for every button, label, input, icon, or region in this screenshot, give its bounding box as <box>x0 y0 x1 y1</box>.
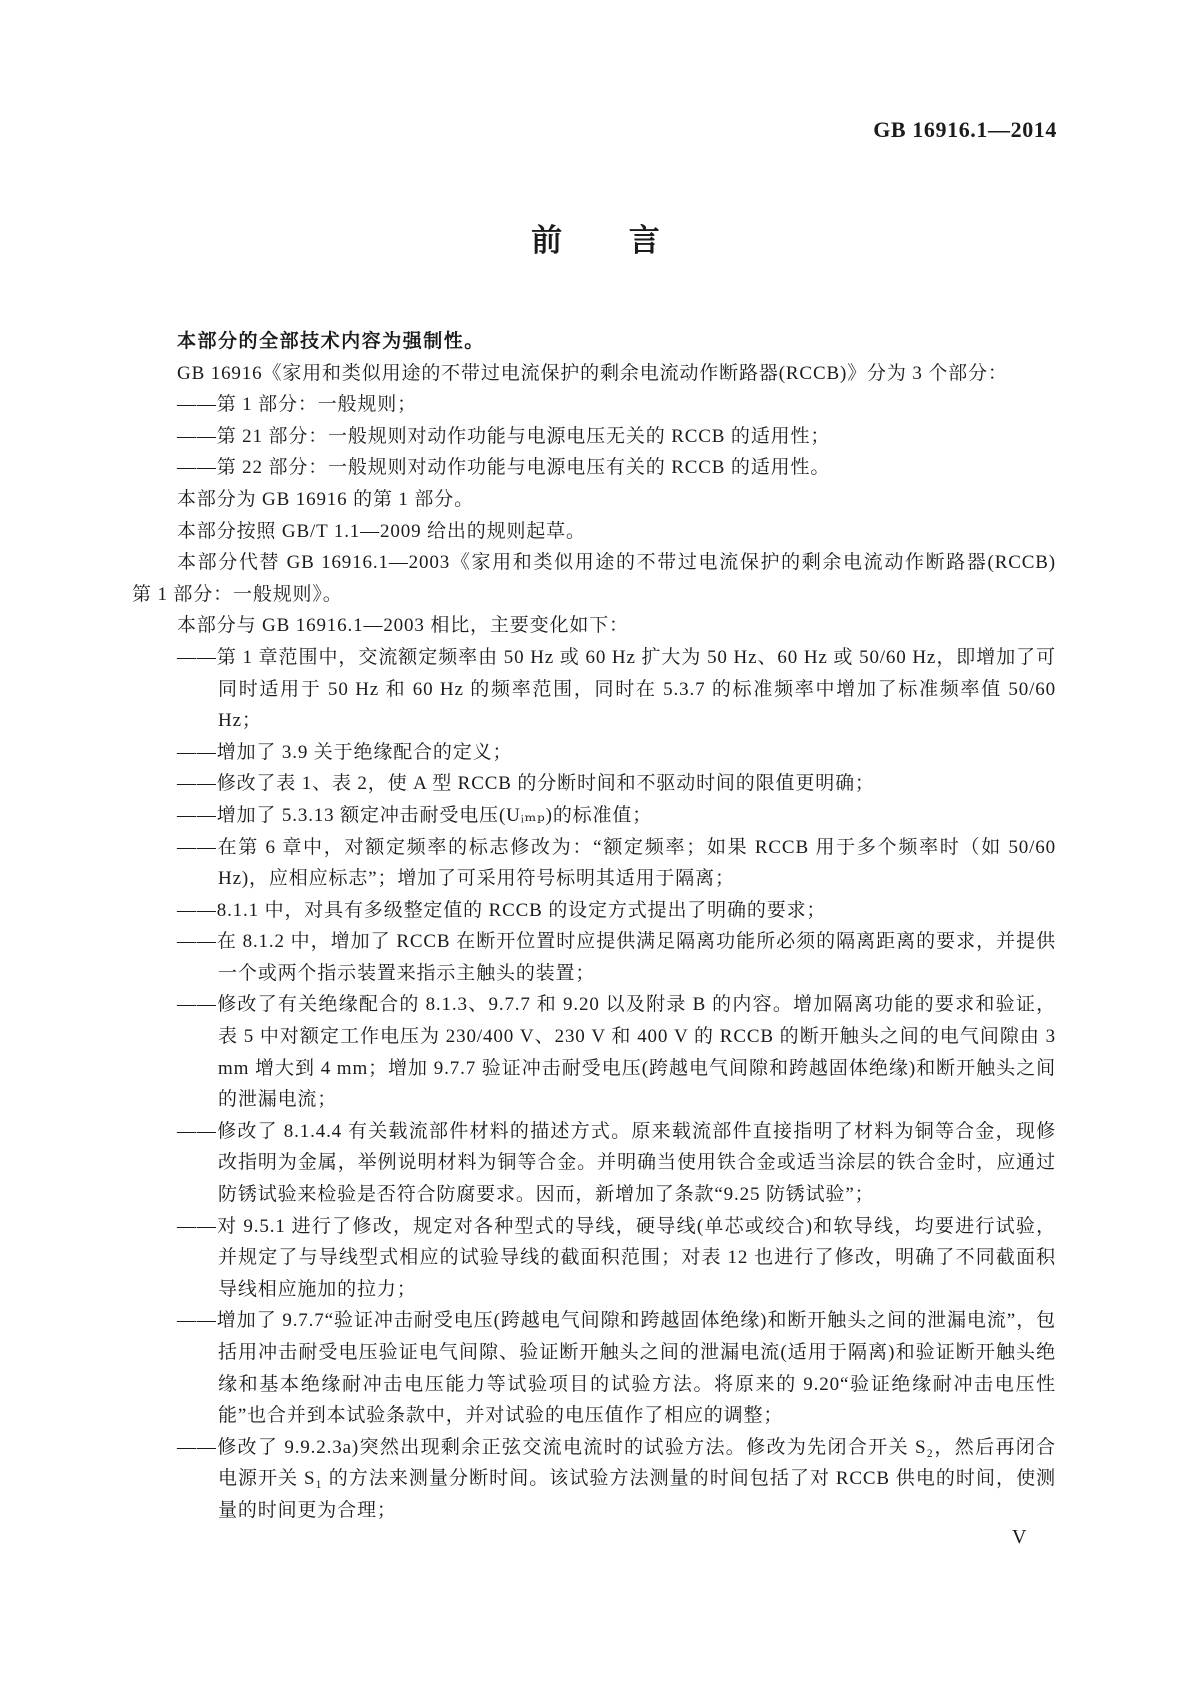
change-item-1: ——第 1 章范围中，交流额定频率由 50 Hz 或 60 Hz 扩大为 50 … <box>218 642 1056 737</box>
replacement-statement: 本部分代替 GB 16916.1—2003《家用和类似用途的不带过电流保护的剩余… <box>132 547 1056 610</box>
foreword-body: 本部分的全部技术内容为强制性。 GB 16916《家用和类似用途的不带过电流保护… <box>132 326 1056 1527</box>
part-item-21: ——第 21 部分：一般规则对动作功能与电源电压无关的 RCCB 的适用性； <box>218 421 1056 453</box>
changes-intro: 本部分与 GB 16916.1—2003 相比，主要变化如下： <box>132 610 1056 642</box>
change-item-4: ——增加了 5.3.13 额定冲击耐受电压(Uᵢₘₚ)的标准值； <box>218 800 1056 832</box>
part-item-1: ——第 1 部分：一般规则； <box>218 389 1056 421</box>
change-item-10: ——对 9.5.1 进行了修改，规定对各种型式的导线，硬导线(单芯或绞合)和软导… <box>218 1211 1056 1306</box>
change-item-7: ——在 8.1.2 中，增加了 RCCB 在断开位置时应提供满足隔离功能所必须的… <box>218 926 1056 989</box>
standard-number: GB 16916.1—2014 <box>873 117 1057 143</box>
parts-intro: GB 16916《家用和类似用途的不带过电流保护的剩余电流动作断路器(RCCB)… <box>132 358 1056 390</box>
part-item-22: ——第 22 部分：一般规则对动作功能与电源电压有关的 RCCB 的适用性。 <box>218 452 1056 484</box>
part-statement: 本部分为 GB 16916 的第 1 部分。 <box>132 484 1056 516</box>
drafting-rule-statement: 本部分按照 GB/T 1.1—2009 给出的规则起草。 <box>132 516 1056 548</box>
foreword-title: 前言 <box>0 222 1191 260</box>
compulsory-note: 本部分的全部技术内容为强制性。 <box>132 326 1056 358</box>
change-item-6: ——8.1.1 中，对具有多级整定值的 RCCB 的设定方式提出了明确的要求； <box>218 895 1056 927</box>
page-number: V <box>1012 1526 1027 1549</box>
change-item-2: ——增加了 3.9 关于绝缘配合的定义； <box>218 737 1056 769</box>
change-item-8: ——修改了有关绝缘配合的 8.1.3、9.7.7 和 9.20 以及附录 B 的… <box>218 989 1056 1115</box>
change-item-11: ——增加了 9.7.7“验证冲击耐受电压(跨越电气间隙和跨越固体绝缘)和断开触头… <box>218 1305 1056 1431</box>
change-item-9: ——修改了 8.1.4.4 有关载流部件材料的描述方式。原来载流部件直接指明了材… <box>218 1116 1056 1211</box>
change-item-12: ——修改了 9.9.2.3a)突然出现剩余正弦交流电流时的试验方法。修改为先闭合… <box>218 1432 1056 1527</box>
document-page: GB 16916.1—2014 前言 本部分的全部技术内容为强制性。 GB 16… <box>0 0 1191 1684</box>
change-item-5: ——在第 6 章中，对额定频率的标志修改为：“额定频率；如果 RCCB 用于多个… <box>218 832 1056 895</box>
change-item-3: ——修改了表 1、表 2，使 A 型 RCCB 的分断时间和不驱动时间的限值更明… <box>218 768 1056 800</box>
